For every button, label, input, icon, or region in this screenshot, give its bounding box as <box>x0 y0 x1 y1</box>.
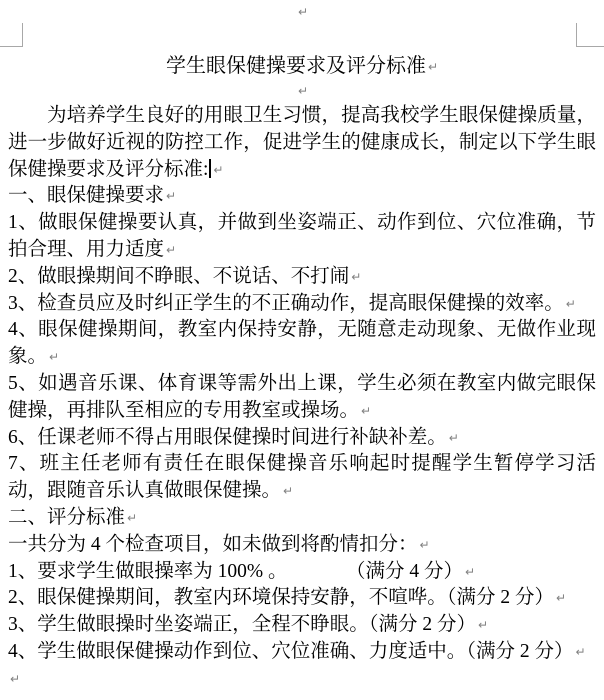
paragraph-mark-icon: ↵ <box>351 264 361 291</box>
paragraph-mark-icon: ↵ <box>298 0 308 24</box>
paragraph-text: 4、学生做眼保健操动作到位、穴位准确、力度适中。（满分 2 分） <box>8 641 574 662</box>
paragraph-requirement-2[interactable]: 2、做眼操期间不睁眼、不说话、不打闹↵ <box>8 264 596 291</box>
document-body: 为培养学生良好的用眼卫生习惯，提高我校学生眼保健操质量，进一步做好近视的防控工作… <box>8 103 596 693</box>
paragraph-text: 一、眼保健操要求 <box>8 185 164 206</box>
paragraph-mark-icon: ↵ <box>449 425 459 452</box>
paragraph-score-item-1[interactable]: 1、要求学生做眼操率为 100% 。 （满分 4 分）↵ <box>8 559 596 586</box>
paragraph-text: 1、要求学生做眼操率为 100% 。 （满分 4 分） <box>8 561 463 582</box>
paragraph-mark-icon: ↵ <box>465 559 475 586</box>
document-title[interactable]: 学生眼保健操要求及评分标准↵ <box>8 52 596 81</box>
paragraph-mark-icon: ↵ <box>428 53 438 81</box>
paragraph-requirement-7[interactable]: 7、班主任老师有责任在眼保健操音乐响起时提醒学生暂停学习活动，跟随音乐认真做眼保… <box>8 451 596 505</box>
paragraph-mark-icon: ↵ <box>127 505 137 532</box>
empty-paragraph[interactable]: ↵ <box>8 666 596 693</box>
paragraph-text: 一共分为 4 个检查项目，如未做到将酌情扣分： <box>8 534 418 555</box>
paragraph-requirement-6[interactable]: 6、任课老师不得占用眼保健操时间进行补缺补差。↵ <box>8 425 596 452</box>
paragraph-requirement-5[interactable]: 5、如遇音乐课、体育课等需外出上课，学生必须在教室内做完眼保健操，再排队至相应的… <box>8 371 596 425</box>
paragraph-mark-icon: ↵ <box>49 344 59 371</box>
paragraph-mark-icon: ↵ <box>576 639 586 666</box>
paragraph-text: 2、做眼操期间不睁眼、不说话、不打闹 <box>8 266 349 287</box>
paragraph-mark-icon: ↵ <box>556 585 566 612</box>
paragraph-text: 为培养学生良好的用眼卫生习惯，提高我校学生眼保健操质量，进一步做好近视的防控工作… <box>8 105 596 180</box>
empty-paragraph[interactable]: ↵ <box>8 0 596 28</box>
paragraph-score-item-2[interactable]: 2、眼保健操期间，教室内环境保持安静，不喧哗。（满分 2 分）↵ <box>8 585 596 612</box>
paragraph-mark-icon: ↵ <box>213 157 223 184</box>
paragraph-requirement-1[interactable]: 1、做眼保健操要认真，并做到坐姿端正、动作到位、穴位准确，节拍合理、用力适度↵ <box>8 210 596 264</box>
paragraph-text: 2、眼保健操期间，教室内环境保持安静，不喧哗。（满分 2 分） <box>8 587 554 608</box>
paragraph-score-item-3[interactable]: 3、学生做眼操时坐姿端正，全程不睁眼。（满分 2 分）↵ <box>8 612 596 639</box>
paragraph-section-2-heading[interactable]: 二、评分标准↵ <box>8 505 596 532</box>
document-title-text: 学生眼保健操要求及评分标准 <box>166 55 426 77</box>
paragraph-mark-icon: ↵ <box>166 237 176 264</box>
paragraph-mark-icon: ↵ <box>420 532 430 559</box>
paragraph-requirement-4[interactable]: 4、眼保健操期间，教室内保持安静，无随意走动现象、无做作业现象。↵ <box>8 317 596 371</box>
paragraph-text: 3、学生做眼操时坐姿端正，全程不睁眼。（满分 2 分） <box>8 614 476 635</box>
paragraph-mark-icon: ↵ <box>10 666 20 693</box>
paragraph-mark-icon: ↵ <box>478 612 488 639</box>
document-content: ↵ 学生眼保健操要求及评分标准↵ ↵ 为培养学生良好的用眼卫生习惯，提高我校学生… <box>8 0 596 693</box>
paragraph-mark-icon: ↵ <box>298 81 308 101</box>
paragraph-mark-icon: ↵ <box>166 183 176 210</box>
paragraph-text: 3、检查员应及时纠正学生的不正确动作，提高眼保健操的效率。 <box>8 293 564 314</box>
paragraph-mark-icon: ↵ <box>283 478 293 505</box>
paragraph-text: 6、任课老师不得占用眼保健操时间进行补缺补差。 <box>8 427 447 448</box>
empty-paragraph[interactable]: ↵ <box>8 81 596 103</box>
paragraph-text: 1、做眼保健操要认真，并做到坐姿端正、动作到位、穴位准确，节拍合理、用力适度 <box>8 212 596 260</box>
paragraph-mark-icon: ↵ <box>361 398 371 425</box>
paragraph-requirement-3[interactable]: 3、检查员应及时纠正学生的不正确动作，提高眼保健操的效率。↵ <box>8 291 596 318</box>
paragraph-text: 7、班主任老师有责任在眼保健操音乐响起时提醒学生暂停学习活动，跟随音乐认真做眼保… <box>8 453 596 501</box>
paragraph-mark-icon: ↵ <box>566 291 576 318</box>
word-document-page: ↵ 学生眼保健操要求及评分标准↵ ↵ 为培养学生良好的用眼卫生习惯，提高我校学生… <box>0 0 604 700</box>
paragraph-text: 4、眼保健操期间，教室内保持安静，无随意走动现象、无做作业现象。 <box>8 319 596 367</box>
paragraph-section-1-heading[interactable]: 一、眼保健操要求↵ <box>8 183 596 210</box>
text-cursor <box>209 159 211 178</box>
paragraph-scoring-intro[interactable]: 一共分为 4 个检查项目，如未做到将酌情扣分：↵ <box>8 532 596 559</box>
paragraph-text: 二、评分标准 <box>8 507 125 528</box>
paragraph-score-item-4[interactable]: 4、学生做眼保健操动作到位、穴位准确、力度适中。（满分 2 分）↵ <box>8 639 596 666</box>
paragraph-intro[interactable]: 为培养学生良好的用眼卫生习惯，提高我校学生眼保健操质量，进一步做好近视的防控工作… <box>8 103 596 183</box>
paragraph-text: 5、如遇音乐课、体育课等需外出上课，学生必须在教室内做完眼保健操，再排队至相应的… <box>8 373 596 421</box>
